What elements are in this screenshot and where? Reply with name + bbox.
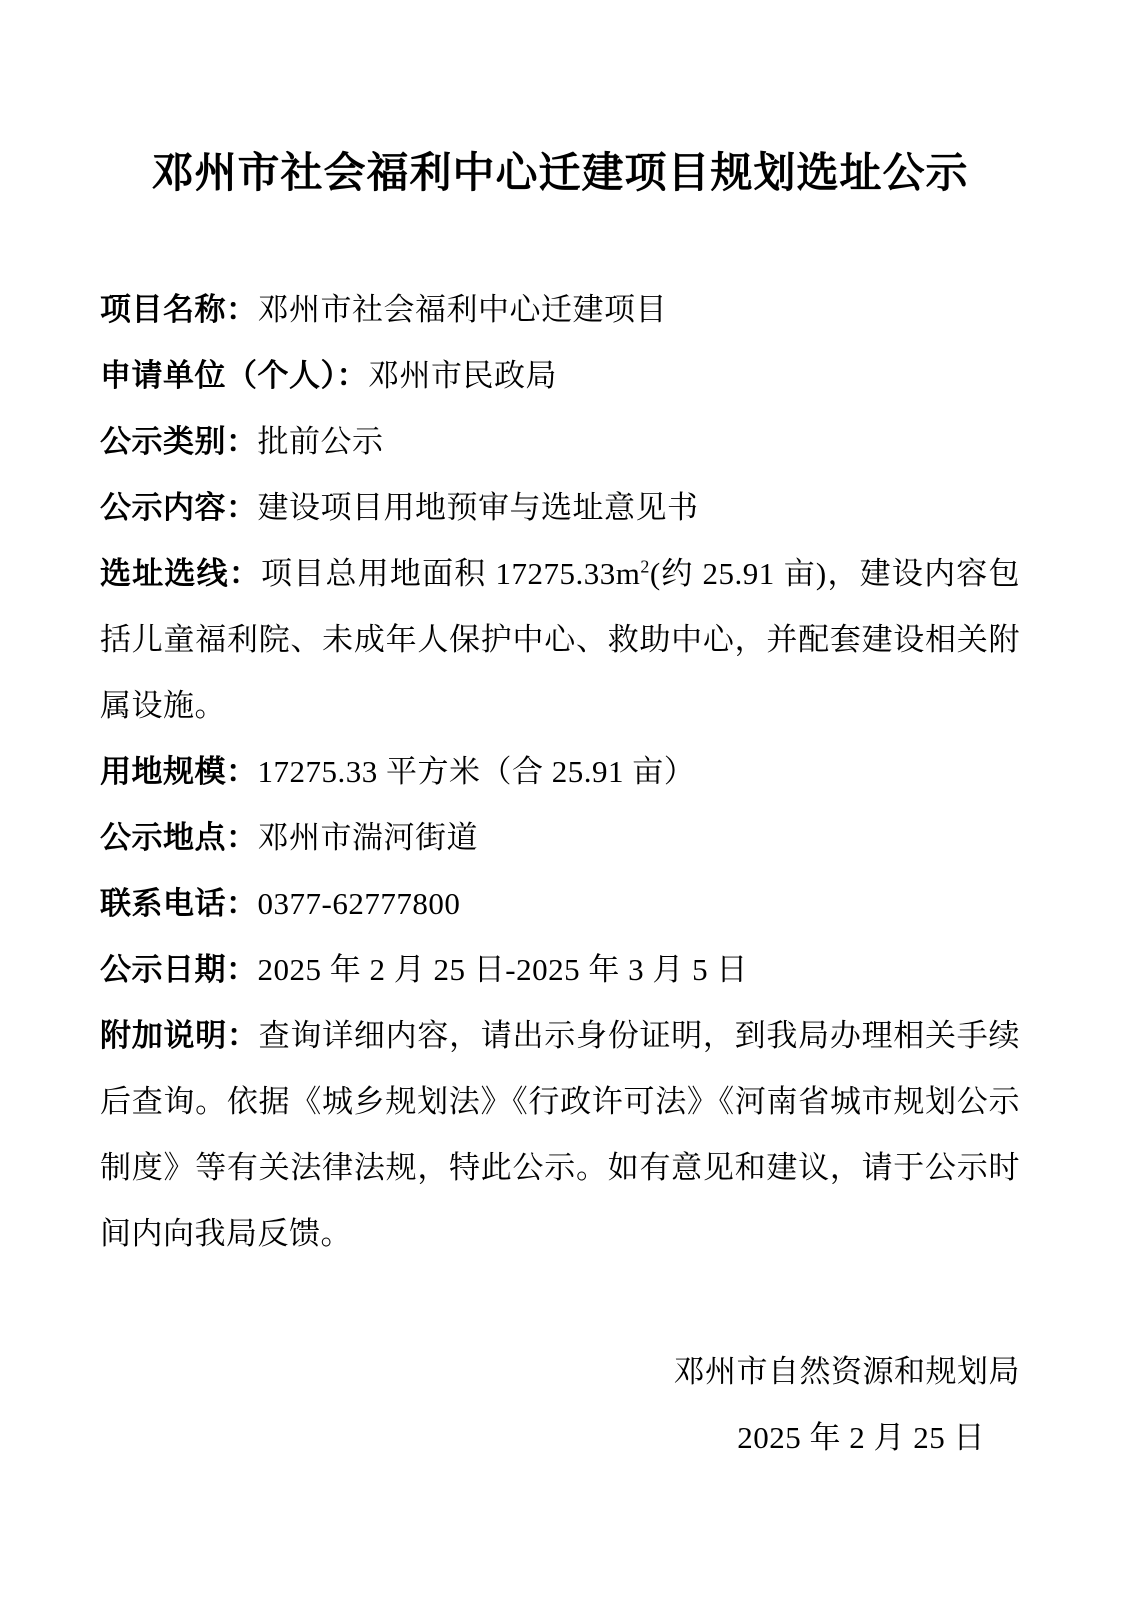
signature-organization: 邓州市自然资源和规划局 [100,1339,1020,1405]
field-label: 附加说明： [100,1018,259,1053]
document-body: 项目名称：邓州市社会福利中心迁建项目 申请单位（个人）：邓州市民政局 公示类别：… [100,277,1020,1267]
field-applicant: 申请单位（个人）：邓州市民政局 [100,343,1020,409]
field-value: 17275.33 平方米（合 25.91 亩） [258,754,696,789]
field-label: 用地规模： [100,754,258,789]
field-project-name: 项目名称：邓州市社会福利中心迁建项目 [100,277,1020,343]
document-title: 邓州市社会福利中心迁建项目规划选址公示 [100,146,1020,201]
field-contact-phone: 联系电话：0377-62777800 [100,871,1020,937]
field-value: 邓州市社会福利中心迁建项目 [258,292,668,327]
field-value: 批前公示 [258,424,384,459]
field-label: 选址选线： [100,556,261,591]
field-label: 公示类别： [100,424,258,459]
field-label: 公示地点： [100,820,258,855]
field-notice-category: 公示类别：批前公示 [100,409,1020,475]
field-land-scale: 用地规模：17275.33 平方米（合 25.91 亩） [100,739,1020,805]
field-value: 邓州市民政局 [368,358,557,393]
field-value: 0377-62777800 [258,886,461,921]
field-label: 联系电话： [100,886,258,921]
field-label: 项目名称： [100,292,258,327]
field-label: 申请单位（个人）： [100,358,368,393]
field-value: 邓州市湍河街道 [258,820,479,855]
field-notice-location: 公示地点：邓州市湍河街道 [100,805,1020,871]
field-value-part: 项目总用地面积 17275.33m [261,556,640,591]
field-site-selection: 选址选线：项目总用地面积 17275.33m2(约 25.91 亩)，建设内容包… [100,541,1020,739]
document-page: 邓州市社会福利中心迁建项目规划选址公示 项目名称：邓州市社会福利中心迁建项目 申… [0,0,1130,1600]
field-label: 公示日期： [100,952,258,987]
field-value: 2025 年 2 月 25 日-2025 年 3 月 5 日 [258,952,748,987]
signature-date: 2025 年 2 月 25 日 [100,1405,1020,1471]
field-additional-notes: 附加说明：查询详细内容，请出示身份证明，到我局办理相关手续后查询。依据《城乡规划… [100,1003,1020,1267]
field-notice-content: 公示内容：建设项目用地预审与选址意见书 [100,475,1020,541]
field-value: 建设项目用地预审与选址意见书 [258,490,699,525]
superscript-2: 2 [640,556,649,576]
field-notice-dates: 公示日期：2025 年 2 月 25 日-2025 年 3 月 5 日 [100,937,1020,1003]
signature-block: 邓州市自然资源和规划局 2025 年 2 月 25 日 [100,1339,1020,1471]
field-label: 公示内容： [100,490,258,525]
